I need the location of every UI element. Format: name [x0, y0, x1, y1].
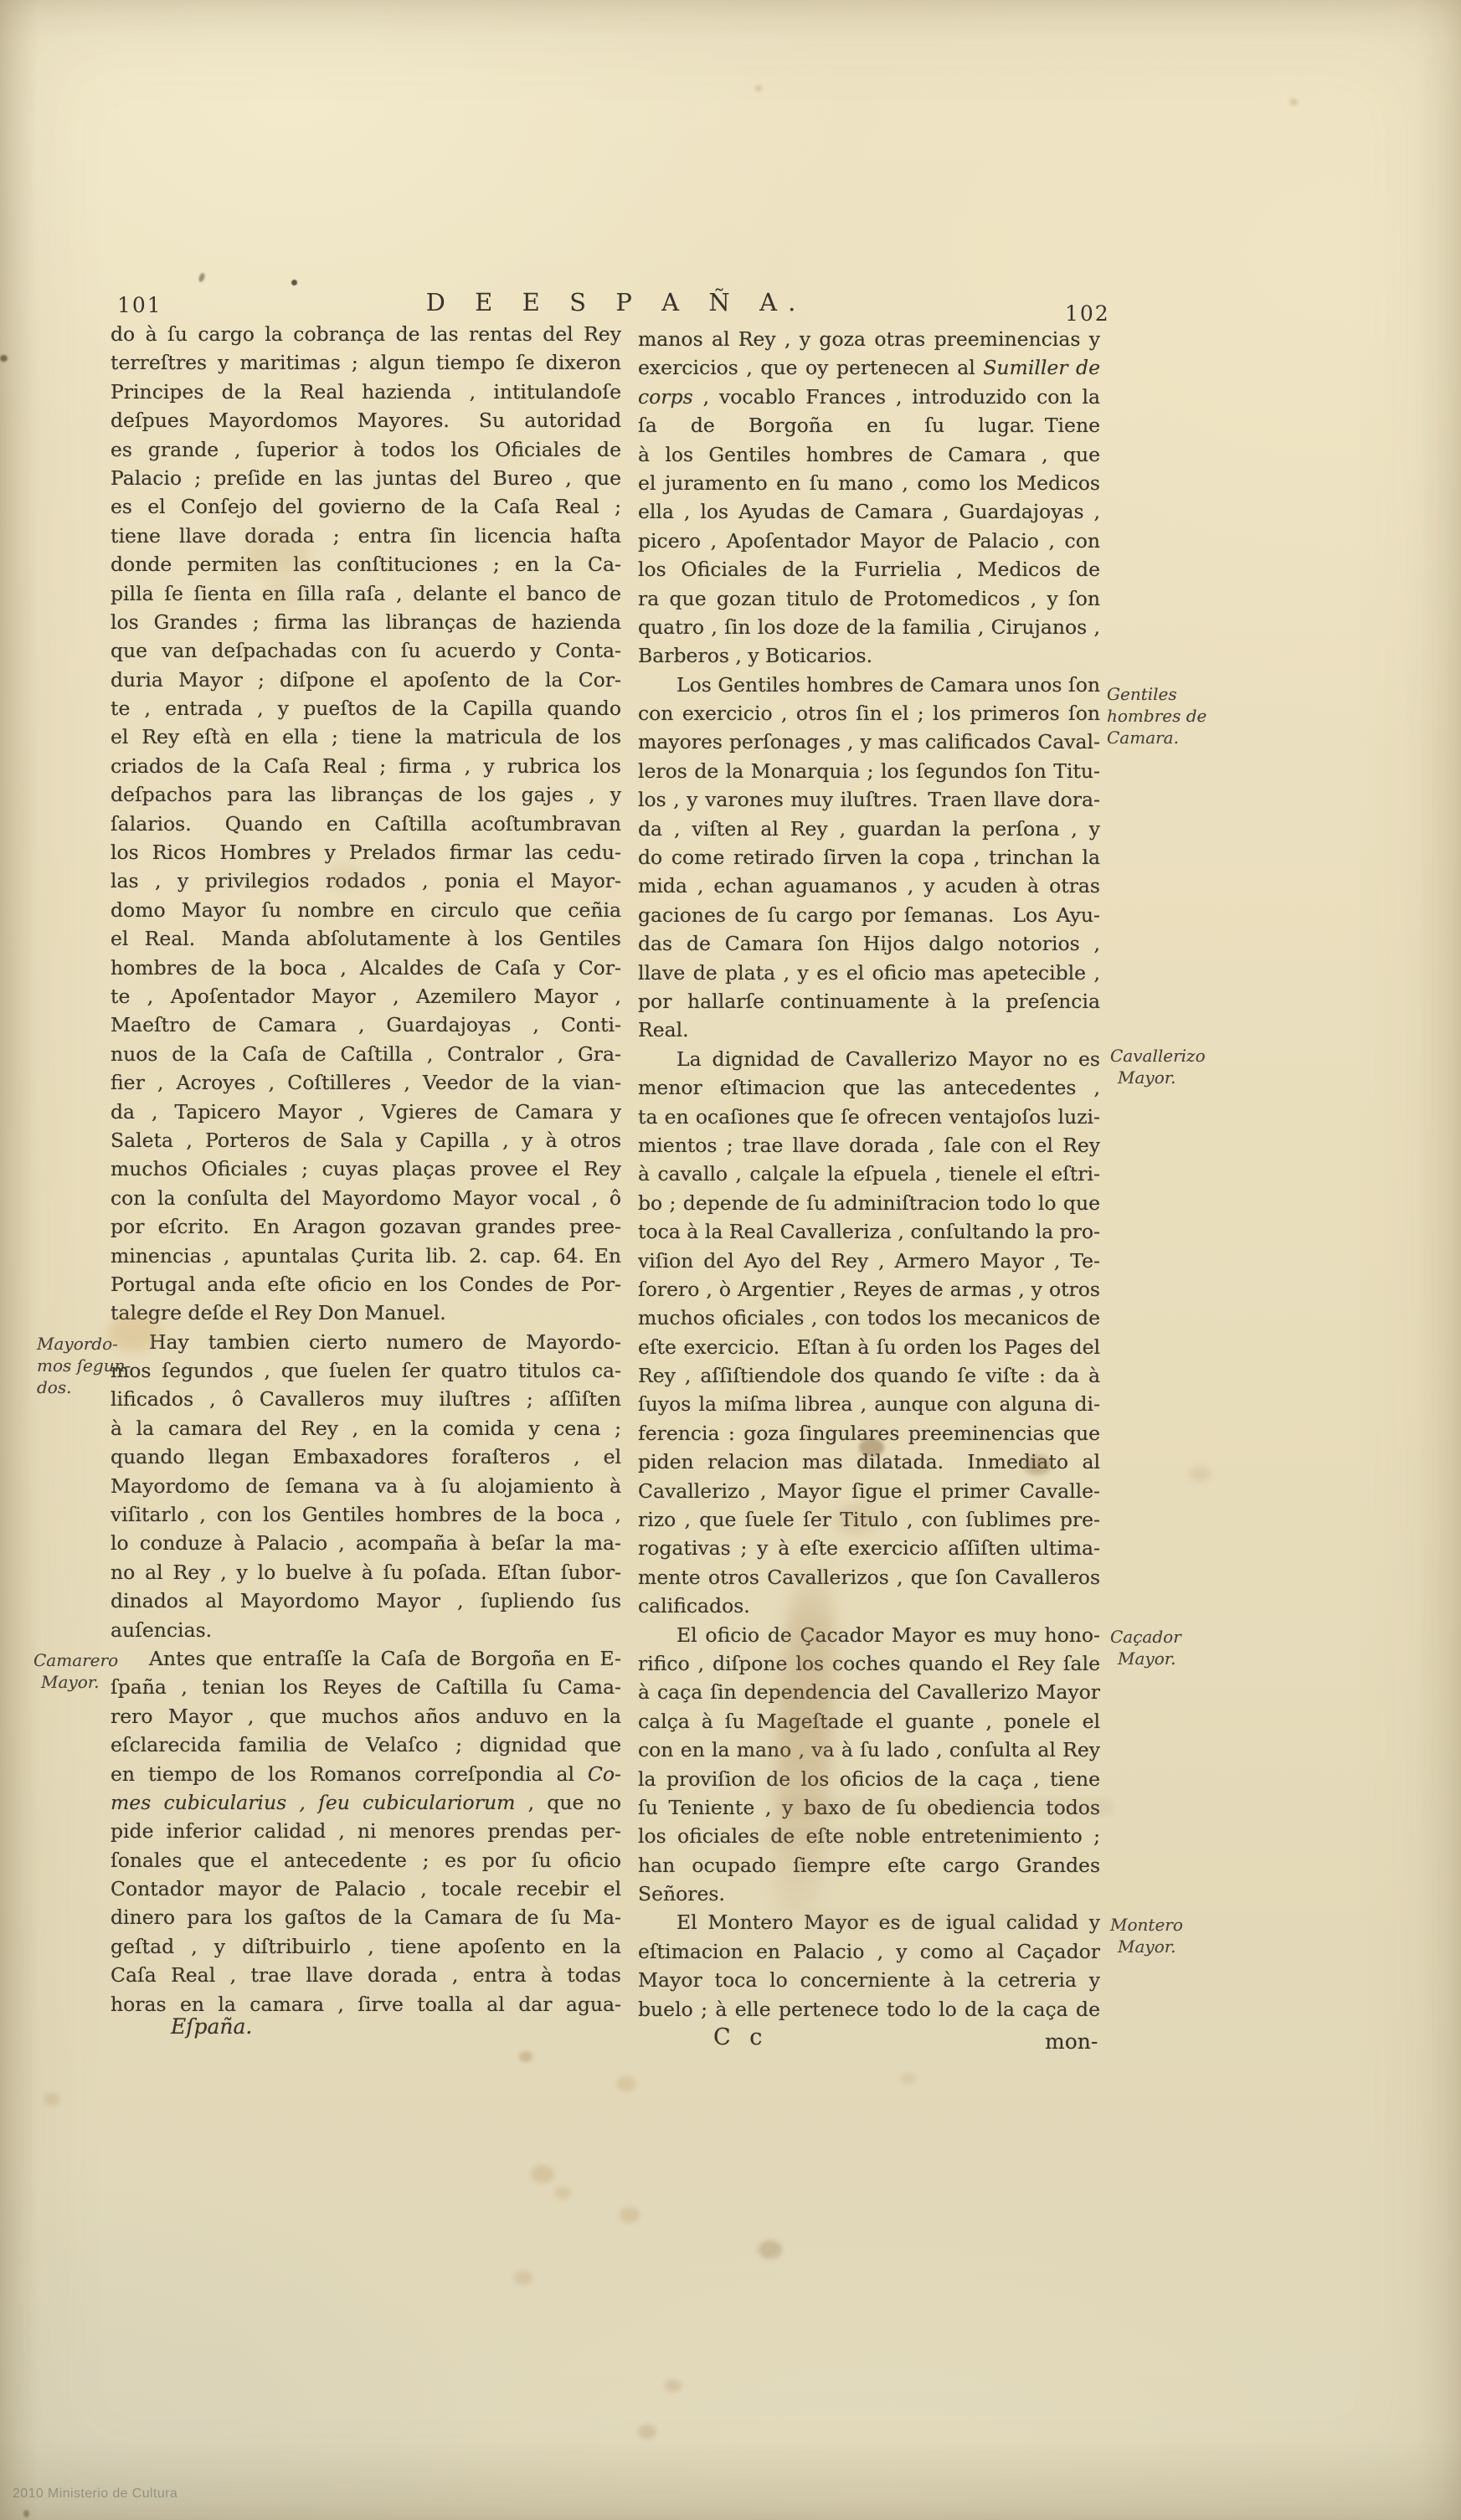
margin-note-line: Mayor. — [33, 1671, 118, 1693]
text-line: deſpues Mayordomos Mayores. Su autoridad — [111, 406, 621, 435]
ink-speck — [291, 280, 297, 285]
ink-speck — [23, 2510, 29, 2517]
text-line: los Oficiales de la Furrielia , Medicos … — [638, 555, 1100, 584]
catchword-left-column: Eſpaña. — [171, 2014, 252, 2039]
margin-note-camarero-mayor: CamareroMayor. — [33, 1649, 118, 1693]
text-line: minencias , apuntalas Çurita lib. 2. cap… — [111, 1242, 621, 1270]
text-line: dinero para los gaſtos de la Camara de ſ… — [111, 1903, 621, 1931]
text-line: geſtad , y diſtribuirlo , tiene apoſento… — [111, 1932, 621, 1961]
text-line: duria Mayor ; diſpone el apoſento de la … — [111, 666, 621, 694]
page-number-right: 102 — [1065, 301, 1110, 326]
text-line: el Real. Manda abſolutamente à los Genti… — [111, 924, 621, 953]
text-line: ſa de Borgoña en ſu lugar. Tiene ſubordi… — [638, 411, 1100, 440]
text-line: buelo ; à elle pertenece todo lo de la c… — [638, 1995, 1100, 2024]
running-title: D E E S P A Ñ A. — [323, 288, 909, 316]
text-line: el juramento en ſu mano , como los Medic… — [638, 469, 1100, 497]
margin-note-cacador-mayor: CaçadorMayor. — [1110, 1626, 1181, 1669]
text-line: Saleta , Porteros de Sala y Capilla , y … — [111, 1126, 621, 1155]
foxing-spot — [44, 2093, 60, 2106]
text-line: Barberos , y Boticarios. — [638, 641, 1100, 670]
text-line: mientos ; trae llave dorada , ſale con e… — [638, 1131, 1100, 1160]
text-line: terreſtres y maritimas ; algun tiempo ſe… — [111, 348, 621, 377]
foxing-spot — [759, 2240, 782, 2259]
text-line: lificados , ô Cavalleros muy iluſtres ; … — [111, 1385, 621, 1413]
text-line: ſorero , ò Argentier , Reyes de armas , … — [638, 1275, 1100, 1304]
text-line: calça à ſu Mageſtade el guante , ponele … — [638, 1707, 1100, 1736]
text-line: las , y privilegios rodados , ponia el M… — [111, 867, 621, 895]
text-line: La dignidad de Cavallerizo Mayor no es d… — [638, 1045, 1100, 1073]
text-line: El Montero Mayor es de igual calidad y — [638, 1908, 1100, 1936]
text-line: eſtimacion en Palacio , y como al Caçado… — [638, 1937, 1100, 1966]
foxing-spot — [665, 2379, 682, 2392]
text-line: tiene llave dorada ; entra ſin licencia … — [111, 522, 621, 550]
text-line: Contador mayor de Palacio , tocale receb… — [111, 1875, 621, 1903]
margin-note-line: Mayor. — [1110, 1648, 1181, 1669]
text-line: muchos oficiales , con todos los mecanic… — [638, 1304, 1100, 1332]
text-line: ſalarios. Quando en Caſtilla acoſtumbrav… — [111, 810, 621, 838]
text-line: por eſcrito. En Aragon gozavan grandes p… — [111, 1212, 621, 1241]
text-line: Palacio ; preſide en las juntas del Bure… — [111, 464, 621, 492]
text-line: piden relacion mas dilatada. Inmediato a… — [638, 1448, 1100, 1476]
text-line: pide inferior calidad , ni menores prend… — [111, 1817, 621, 1845]
text-line: Los Gentiles hombres de Camara unos ſon — [638, 671, 1100, 699]
text-line: lo conduze à Palacio , acompaña à beſar … — [111, 1529, 621, 1557]
text-line: mida , echan aguamanos , y acuden à otra… — [638, 872, 1100, 900]
text-line: mos ſegundos , que ſuelen ſer quatro tit… — [111, 1356, 621, 1385]
text-line: eſte exercicio. Eſtan à ſu orden los Pag… — [638, 1333, 1100, 1361]
text-line: Mayordomo de ſemana va à ſu alojamiento … — [111, 1472, 621, 1500]
text-line: el Rey eſtà en ella ; tiene la matricula… — [111, 723, 621, 751]
text-line: ſonales que el antecedente ; es por ſu o… — [111, 1846, 621, 1875]
text-line: das de Camara ſon Hijos dalgo notorios ,… — [638, 929, 1100, 958]
text-line: Caſa Real , trae llave dorada , entra à … — [111, 1961, 621, 1989]
text-line: eſclarecida familia de Velaſco ; dignida… — [111, 1731, 621, 1759]
text-line: ſu Teniente , y baxo de ſu obediencia to… — [638, 1793, 1100, 1822]
text-line: que van deſpachadas con ſu acuerdo y Con… — [111, 636, 621, 665]
text-line: ella , los Ayudas de Camara , Guardajoya… — [638, 497, 1100, 526]
margin-note-cavallerizo-mayor: CavallerizoMayor. — [1110, 1045, 1206, 1088]
text-line: Mayor toca lo concerniente à la cetreria… — [638, 1966, 1100, 1994]
text-line: domo Mayor ſu nombre en circulo que ceñi… — [111, 896, 621, 924]
text-line: calificados. — [638, 1592, 1100, 1620]
text-line: ſpaña , tenian los Reyes de Caſtilla ſu … — [111, 1673, 621, 1701]
text-line: mes cubicularius , ſeu cubiculariorum , … — [111, 1788, 621, 1817]
text-line: nuos de la Caſa de Caſtilla , Contralor … — [111, 1040, 621, 1068]
margin-note-line: Camarero — [33, 1649, 118, 1671]
text-line: con exercicio , otros ſin el ; los prime… — [638, 699, 1100, 728]
text-line: los , y varones muy iluſtres. Traen llav… — [638, 785, 1100, 814]
text-line: es el Conſejo del govierno de la Caſa Re… — [111, 492, 621, 521]
text-line: llave de plata , y es el oficio mas apet… — [638, 959, 1100, 987]
text-line: mente otros Cavallerizos , que ſon Caval… — [638, 1563, 1100, 1592]
text-line: no al Rey , y lo buelve à ſu poſada. Eſt… — [111, 1558, 621, 1587]
foxing-spot — [616, 2076, 636, 2091]
page-number-left: 101 — [117, 293, 162, 317]
margin-note-line: Gentiles — [1107, 683, 1206, 705]
stain — [1189, 1467, 1211, 1482]
text-line: quatro , ſin los doze de la familia , Ci… — [638, 613, 1100, 641]
text-line: muchos Oficiales ; cuyas plaças provee e… — [111, 1155, 621, 1183]
text-line: do à ſu cargo la cobrança de las rentas … — [111, 320, 621, 348]
ink-speck — [198, 272, 205, 282]
text-line: Portugal anda eſte oficio en los Condes … — [111, 1270, 621, 1299]
text-line: picero , Apoſentador Mayor de Palacio , … — [638, 527, 1100, 555]
text-line: los Grandes ; firma las libranças de haz… — [111, 608, 621, 636]
text-line: donde permiten las conſtituciones ; en l… — [111, 550, 621, 579]
text-line: auſencias. — [111, 1616, 621, 1644]
text-line: rero Mayor , que muchos años anduvo en l… — [111, 1702, 621, 1731]
signature-mark: C c — [713, 2024, 768, 2050]
text-line: Maeſtro de Camara , Guardajoyas , Conti- — [111, 1011, 621, 1039]
margin-note-line: Montero — [1110, 1914, 1183, 1936]
foxing-spot — [620, 2207, 640, 2223]
text-line: los oficiales de eſte noble entretenimie… — [638, 1822, 1100, 1850]
text-line: dinados al Mayordomo Mayor , ſupliendo ſ… — [111, 1587, 621, 1615]
text-line: ferencia : goza ſingulares preeminencias… — [638, 1419, 1100, 1448]
text-line: gaciones de ſu cargo por ſemanas. Los Ay… — [638, 901, 1100, 929]
text-line: Principes de la Real hazienda , intitula… — [111, 378, 621, 406]
foxing-spot — [755, 85, 762, 91]
text-line: es grande , ſuperior à todos los Oficial… — [111, 435, 621, 464]
margin-note-mayordomos-segundos: Mayordo-mos ſegun-dos. — [37, 1333, 131, 1398]
text-line: viſitarlo , con los Gentiles hombres de … — [111, 1500, 621, 1529]
text-line: deſpachos para las libranças de los gaje… — [111, 780, 621, 809]
text-line: exercicios , que oy pertenecen al Sumill… — [638, 353, 1100, 382]
margin-note-montero-mayor: MonteroMayor. — [1110, 1914, 1183, 1957]
text-line: bo ; depende de ſu adminiſtracion todo l… — [638, 1189, 1100, 1217]
margin-note-line: Mayor. — [1110, 1067, 1206, 1088]
text-line: manos al Rey , y goza otras preeminencia… — [638, 325, 1100, 353]
text-line: talegre deſde el Rey Don Manuel. — [111, 1299, 621, 1327]
margin-note-gentiles-hombres-de-camara: Gentileshombres deCamara. — [1107, 683, 1206, 748]
watermark: 2010 Ministerio de Cultura — [13, 2487, 177, 2502]
text-line: fier , Acroyes , Coſtilleres , Veedor de… — [111, 1068, 621, 1097]
text-line: à caça ſin dependencia del Cavallerizo M… — [638, 1678, 1100, 1706]
foxing-spot — [531, 2165, 554, 2183]
text-line: à la camara del Rey , en la comida y cen… — [111, 1414, 621, 1443]
margin-note-line: hombres de — [1107, 705, 1206, 727]
text-line: Real. — [638, 1016, 1100, 1044]
text-line: ſuyos la miſma librea , aunque con algun… — [638, 1390, 1100, 1418]
text-line: ta en ocaſiones que ſe ofrecen ventajoſo… — [638, 1103, 1100, 1131]
text-line: Rey , aſſiſtiendole dos quando ſe viſte … — [638, 1361, 1100, 1390]
text-line: ra que gozan titulo de Protomedicos , y … — [638, 584, 1100, 613]
margin-note-line: Mayor. — [1110, 1936, 1183, 1957]
text-line: te , Apoſentador Mayor , Azemilero Mayor… — [111, 982, 621, 1011]
text-line: Señores. — [638, 1880, 1100, 1908]
margin-note-line: Cavallerizo — [1110, 1045, 1206, 1067]
text-line: rogativas ; y à eſte exercicio aſſiſten … — [638, 1534, 1100, 1562]
text-line: da , viſten al Rey , guardan la perſona … — [638, 815, 1100, 843]
text-line: la proviſion de los oficios de la caça ,… — [638, 1765, 1100, 1793]
text-line: toca à la Real Cavalleriza , conſultando… — [638, 1217, 1100, 1246]
text-line: El oficio de Çacador Mayor es muy hono- — [638, 1621, 1100, 1649]
text-line: quando llegan Embaxadores foraſteros , e… — [111, 1443, 621, 1471]
margin-note-line: Camara. — [1107, 727, 1206, 748]
text-line: hombres de la boca , Alcaldes de Caſa y … — [111, 954, 621, 982]
text-line: mayores perſonages , y mas calificados C… — [638, 728, 1100, 756]
text-line: por hallarſe continuamente à la preſenci… — [638, 987, 1100, 1016]
text-line: rifico , diſpone los coches quando el Re… — [638, 1649, 1100, 1678]
catchword-right-column: mon- — [1045, 2029, 1098, 2054]
margin-note-line: dos. — [37, 1376, 131, 1398]
text-line: con en la mano , va à ſu lado , conſulta… — [638, 1736, 1100, 1764]
text-column-right: manos al Rey , y goza otras preeminencia… — [638, 325, 1100, 2024]
margin-note-line: Caçador — [1110, 1626, 1181, 1648]
text-line: pilla ſe ſienta en ſilla raſa , delante … — [111, 579, 621, 608]
text-line: en tiempo de los Romanos correſpondia al… — [111, 1760, 621, 1788]
foxing-spot — [1289, 99, 1298, 105]
foxing-spot — [638, 2425, 656, 2439]
text-line: do come retirado ſirven la copa , trinch… — [638, 843, 1100, 872]
foxing-spot — [901, 2073, 916, 2084]
foxing-spot — [554, 2187, 571, 2199]
ink-speck — [0, 355, 8, 362]
text-line: Antes que entraſſe la Caſa de Borgoña en… — [111, 1644, 621, 1673]
text-line: rizo , que ſuele ſer Titulo , con ſublim… — [638, 1505, 1100, 1534]
text-line: los Ricos Hombres y Prelados firmar las … — [111, 838, 621, 867]
foxing-spot — [514, 2271, 532, 2285]
text-line: han ocupado ſiempre eſte cargo Grandes — [638, 1851, 1100, 1880]
text-line: à cavallo , calçale la eſpuela , tienele… — [638, 1160, 1100, 1188]
text-line: da , Tapicero Mayor , Vgieres de Camara … — [111, 1098, 621, 1126]
margin-note-line: mos ſegun- — [37, 1355, 131, 1376]
text-line: menor eſtimacion que las antecedentes , … — [638, 1073, 1100, 1102]
text-line: viſion del Ayo del Rey , Armero Mayor , … — [638, 1247, 1100, 1275]
text-line: leros de la Monarquia ; los ſegundos ſon… — [638, 757, 1100, 785]
text-line: Cavallerizo , Mayor ſigue el primer Cava… — [638, 1477, 1100, 1505]
text-column-left: do à ſu cargo la cobrança de las rentas … — [111, 320, 621, 2019]
text-line: con la conſulta del Mayordomo Mayor voca… — [111, 1184, 621, 1212]
margin-note-line: Mayordo- — [37, 1333, 131, 1355]
text-line: te , entrada , y pueſtos de la Capilla q… — [111, 694, 621, 723]
foxing-spot — [519, 2051, 532, 2062]
text-line: Hay tambien cierto numero de Mayordo- — [111, 1328, 621, 1356]
book-page-scan: 101 D E E S P A Ñ A. 102 do à ſu cargo l… — [0, 0, 1461, 2520]
text-line: criados de la Caſa Real ; firma , y rubr… — [111, 752, 621, 780]
text-line: à los Gentiles hombres de Camara , que p… — [638, 440, 1100, 469]
text-line: corps , vocablo Frances , introduzido co… — [638, 383, 1100, 411]
